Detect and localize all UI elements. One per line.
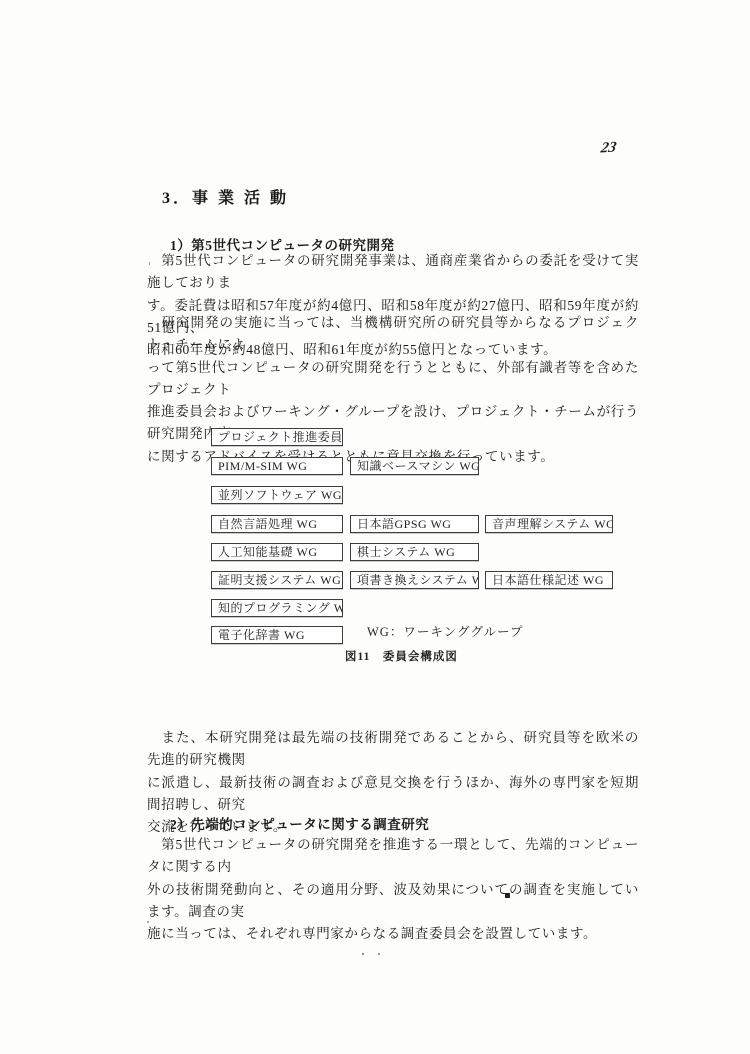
wg-box: 棋士システム WG bbox=[350, 543, 479, 561]
wg-box: 自然言語処理 WG bbox=[211, 515, 343, 533]
scanned-document-page: 23 3．事 業 活 動 1）第5世代コンピュータの研究開発 第5世代コンピュー… bbox=[0, 0, 750, 1054]
section-2-paragraph: 第5世代コンピュータの研究開発を推進する一環として、先端的コンピュータに関する内… bbox=[147, 834, 639, 945]
wg-box: 知識ベースマシン WG bbox=[350, 457, 479, 475]
figure-caption: 図11 委員会構成図 bbox=[345, 648, 458, 664]
scan-speck bbox=[149, 262, 150, 265]
wg-box: 日本語GPSG WG bbox=[350, 515, 479, 533]
wg-box: 音声理解システム WG bbox=[485, 515, 613, 533]
document-title: 3．事 業 活 動 bbox=[162, 185, 289, 208]
wg-box: 日本語仕様記述 WG bbox=[485, 571, 613, 589]
wg-box: 並列ソフトウェア WG bbox=[211, 486, 343, 504]
wg-box: 知的プログラミング WG bbox=[211, 599, 343, 617]
scan-speck bbox=[147, 921, 149, 923]
scan-speck bbox=[378, 953, 380, 955]
section-2-heading: 2）先端的コンピュータに関する調査研究 bbox=[170, 813, 429, 833]
wg-box: 電子化辞書 WG bbox=[211, 626, 343, 644]
scan-speck bbox=[362, 953, 364, 955]
wg-abbreviation-legend: WG：ワーキンググループ bbox=[367, 622, 523, 640]
page-number: 23 bbox=[599, 139, 617, 157]
wg-box: 項書き換えシステム WG bbox=[350, 571, 479, 589]
wg-box: PIM/M-SIM WG bbox=[211, 457, 343, 475]
wg-box: 証明支援システム WG bbox=[211, 571, 343, 589]
scan-speck bbox=[505, 893, 510, 898]
wg-box: プロジェクト推進委員会 bbox=[211, 428, 343, 446]
wg-box: 人工知能基礎 WG bbox=[211, 543, 343, 561]
